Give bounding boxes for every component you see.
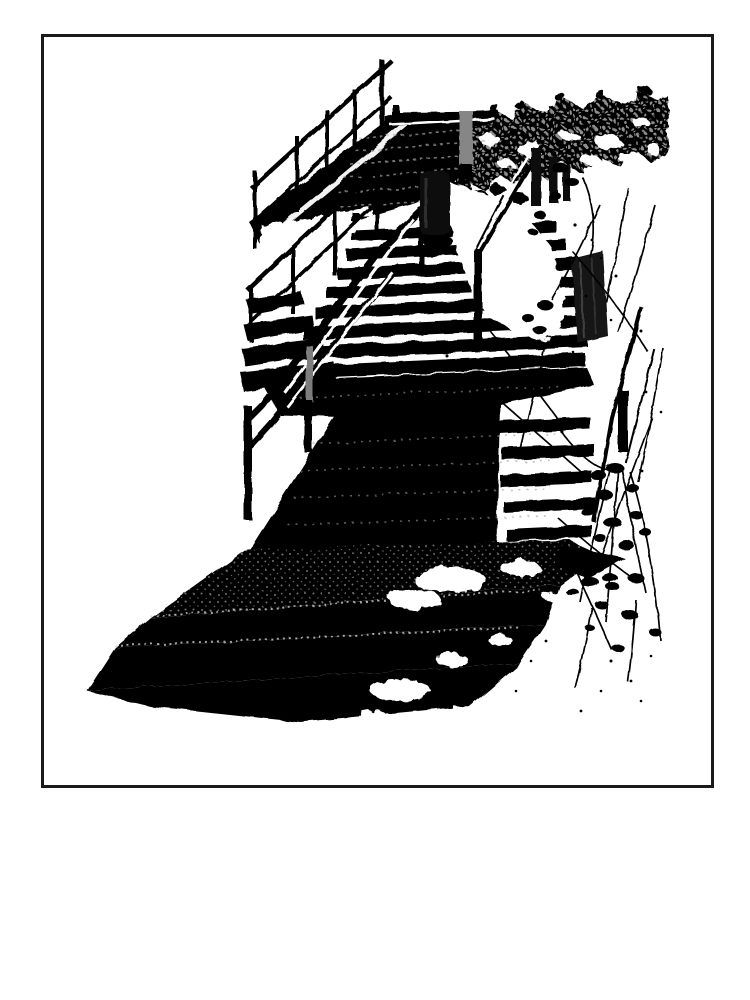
gray-post bbox=[459, 111, 473, 165]
dark-panel bbox=[571, 251, 608, 343]
bottom-platform bbox=[87, 540, 625, 725]
handrail-right-lower bbox=[594, 309, 654, 520]
lower-flight-mass bbox=[250, 403, 500, 549]
framed-photograph bbox=[0, 0, 750, 1000]
staircase-photo bbox=[0, 0, 750, 1000]
